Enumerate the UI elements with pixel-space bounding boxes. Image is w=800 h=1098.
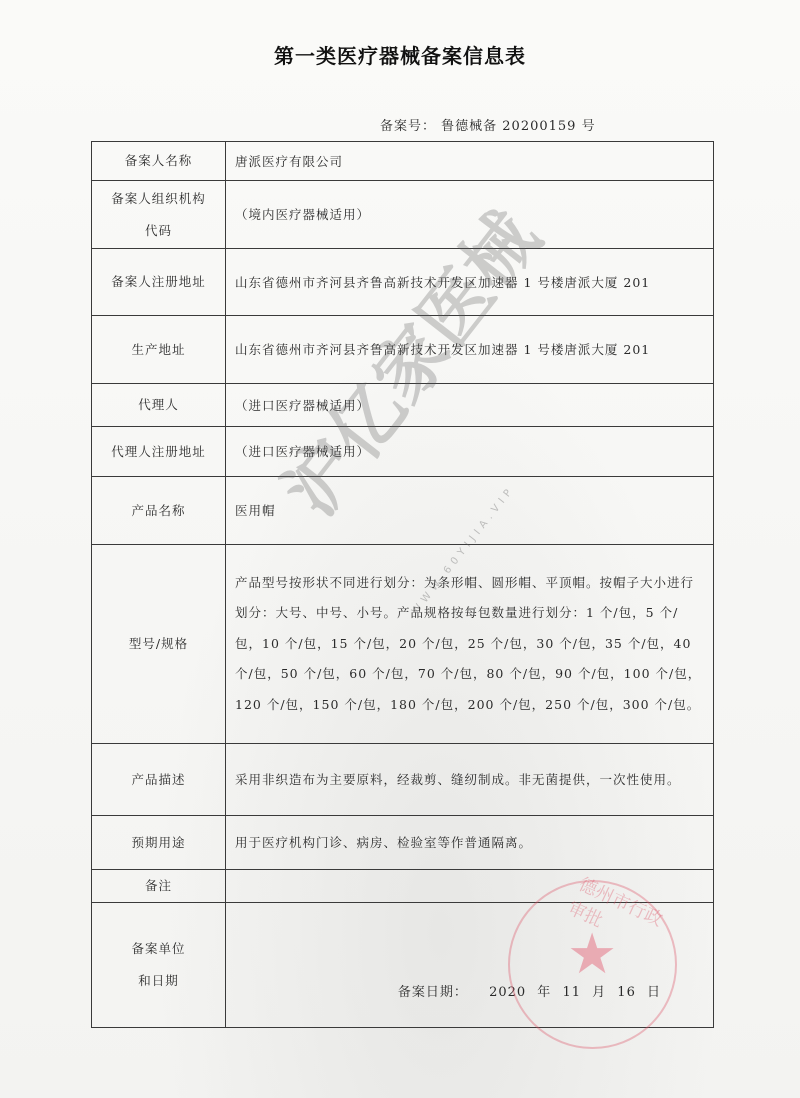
label-line: 备案单位: [101, 933, 216, 965]
row-value: 山东省德州市齐河县齐鲁高新技术开发区加速器 1 号楼唐派大厦 201: [226, 316, 714, 384]
filing-date-year: 2020: [489, 985, 526, 1000]
row-value: 用于医疗机构门诊、病房、检验室等作普通隔离。: [226, 816, 714, 870]
document-title: 第一类医疗器械备案信息表: [0, 40, 800, 69]
table-row: 备案人名称 唐派医疗有限公司: [92, 142, 714, 181]
table-row: 备案人注册地址 山东省德州市齐河县齐鲁高新技术开发区加速器 1 号楼唐派大厦 2…: [92, 249, 714, 316]
table-row: 备注: [92, 870, 714, 903]
filing-date-day: 16: [617, 985, 636, 1000]
row-label: 备案单位 和日期: [92, 903, 226, 1028]
filing-date: 备案日期： 2020 年 11 月 16 日: [392, 976, 661, 1009]
row-label: 备案人注册地址: [92, 249, 226, 316]
row-value: 备案日期： 2020 年 11 月 16 日: [226, 903, 714, 1028]
table-row: 代理人 （进口医疗器械适用）: [92, 384, 714, 427]
filing-date-year-unit: 年: [537, 985, 551, 1000]
row-value: 采用非织造布为主要原料，经裁剪、缝纫制成。非无菌提供，一次性使用。: [226, 744, 714, 816]
table-row: 代理人注册地址 （进口医疗器械适用）: [92, 427, 714, 477]
row-label: 生产地址: [92, 316, 226, 384]
filing-date-month-unit: 月: [592, 985, 606, 1000]
row-value: 唐派医疗有限公司: [226, 142, 714, 181]
row-value: （进口医疗器械适用）: [226, 427, 714, 477]
table-row: 预期用途 用于医疗机构门诊、病房、检验室等作普通隔离。: [92, 816, 714, 870]
row-value: 山东省德州市齐河县齐鲁高新技术开发区加速器 1 号楼唐派大厦 201: [226, 249, 714, 316]
label-line: 代码: [101, 215, 216, 247]
filing-number-value: 鲁德械备 20200159 号: [441, 119, 595, 134]
table-row: 产品描述 采用非织造布为主要原料，经裁剪、缝纫制成。非无菌提供，一次性使用。: [92, 744, 714, 816]
table-row: 生产地址 山东省德州市齐河县齐鲁高新技术开发区加速器 1 号楼唐派大厦 201: [92, 316, 714, 384]
row-label: 代理人注册地址: [92, 427, 226, 477]
table-row: 备案人组织机构 代码 （境内医疗器械适用）: [92, 181, 714, 249]
row-label: 备案人组织机构 代码: [92, 181, 226, 249]
filing-date-label: 备案日期：: [398, 985, 468, 1000]
row-value: （进口医疗器械适用）: [226, 384, 714, 427]
row-label: 备案人名称: [92, 142, 226, 181]
filing-number: 备案号： 鲁德械备 20200159 号: [380, 115, 596, 134]
row-label: 产品描述: [92, 744, 226, 816]
filing-number-label: 备案号：: [380, 119, 436, 134]
row-value: [226, 870, 714, 903]
table-row: 备案单位 和日期 备案日期： 2020 年 11 月 16 日: [92, 903, 714, 1028]
label-line: 备案人组织机构: [101, 183, 216, 215]
row-value: （境内医疗器械适用）: [226, 181, 714, 249]
row-label: 型号/规格: [92, 545, 226, 744]
row-label: 备注: [92, 870, 226, 903]
filing-date-month: 11: [562, 985, 581, 1000]
filing-info-table: 备案人名称 唐派医疗有限公司 备案人组织机构 代码 （境内医疗器械适用） 备案人…: [91, 141, 714, 1028]
table-row: 型号/规格 产品型号按形状不同进行划分：为条形帽、圆形帽、平顶帽。按帽子大小进行…: [92, 545, 714, 744]
row-label: 预期用途: [92, 816, 226, 870]
row-value: 医用帽: [226, 477, 714, 545]
table-row: 产品名称 医用帽: [92, 477, 714, 545]
row-value: 产品型号按形状不同进行划分：为条形帽、圆形帽、平顶帽。按帽子大小进行划分：大号、…: [226, 545, 714, 744]
row-label: 产品名称: [92, 477, 226, 545]
filing-date-day-unit: 日: [647, 985, 661, 1000]
label-line: 和日期: [101, 965, 216, 997]
row-label: 代理人: [92, 384, 226, 427]
